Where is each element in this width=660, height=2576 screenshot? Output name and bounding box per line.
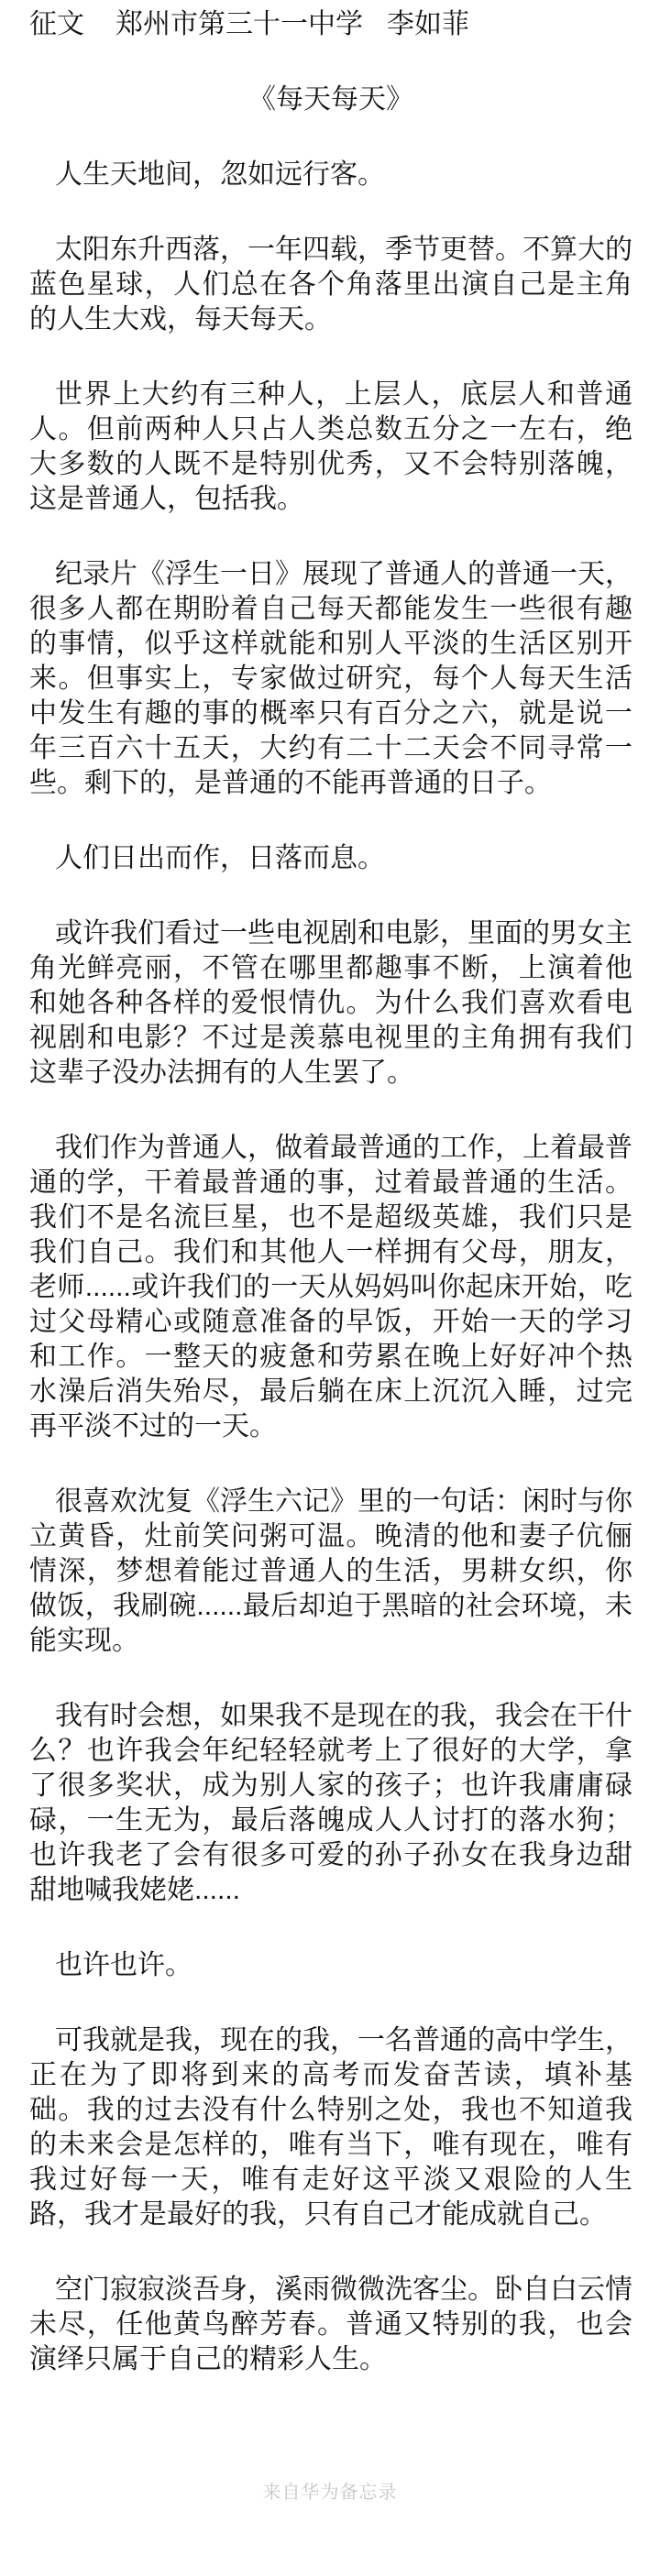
byline-author: 李如菲 (387, 7, 469, 42)
memo-source-footer: 来自华为备忘录 (0, 2481, 660, 2505)
byline: 征文 郑州市第三十一中学 李如菲 (29, 7, 632, 42)
byline-school: 郑州市第三十一中学 (115, 7, 363, 42)
essay-title: 《每天每天》 (29, 82, 632, 117)
essay-paragraph: 人们日出而作，日落而息。 (29, 841, 632, 876)
essay-paragraph: 纪录片《浮生一日》展现了普通人的普通一天，很多人都在期盼着自己每天都能发生一些很… (29, 557, 632, 801)
byline-label: 征文 (29, 7, 84, 42)
essay-paragraph: 也许也许。 (29, 1948, 632, 1983)
memo-page: 征文 郑州市第三十一中学 李如菲 《每天每天》 人生天地间，忽如远行客。太阳东升… (0, 0, 660, 2576)
essay-body: 人生天地间，忽如远行客。太阳东升西落，一年四载，季节更替。不算大的蓝色星球，人们… (29, 158, 632, 2377)
essay-paragraph: 太阳东升西落，一年四载，季节更替。不算大的蓝色星球，人们总在各个角落里出演自己是… (29, 233, 632, 337)
essay-paragraph: 空门寂寂淡吾身，溪雨微微洗客尘。卧自白云情未尽，任他黄鸟醉芳春。普通又特别的我，… (29, 2273, 632, 2377)
essay-paragraph: 我们作为普通人，做着最普通的工作，上着最普通的学，干着最普通的事，过着最普通的生… (29, 1131, 632, 1444)
essay-paragraph: 可我就是我，现在的我，一名普通的高中学生，正在为了即将到来的高考而发奋苦读，填补… (29, 2023, 632, 2232)
essay-paragraph: 世界上大约有三种人，上层人，底层人和普通人。但前两种人只占人类总数五分之一左右，… (29, 378, 632, 517)
essay-paragraph: 我有时会想，如果我不是现在的我，我会在干什么？也许我会年纪轻轻就考上了很好的大学… (29, 1699, 632, 1908)
essay-paragraph: 很喜欢沈复《浮生六记》里的一句话：闲时与你立黄昏，灶前笑问粥可温。晚清的他和妻子… (29, 1485, 632, 1659)
essay-paragraph: 或许我们看过一些电视剧和电影，里面的男女主角光鲜亮丽，不管在哪里都趣事不断，上演… (29, 916, 632, 1091)
essay-paragraph: 人生天地间，忽如远行客。 (29, 158, 632, 192)
